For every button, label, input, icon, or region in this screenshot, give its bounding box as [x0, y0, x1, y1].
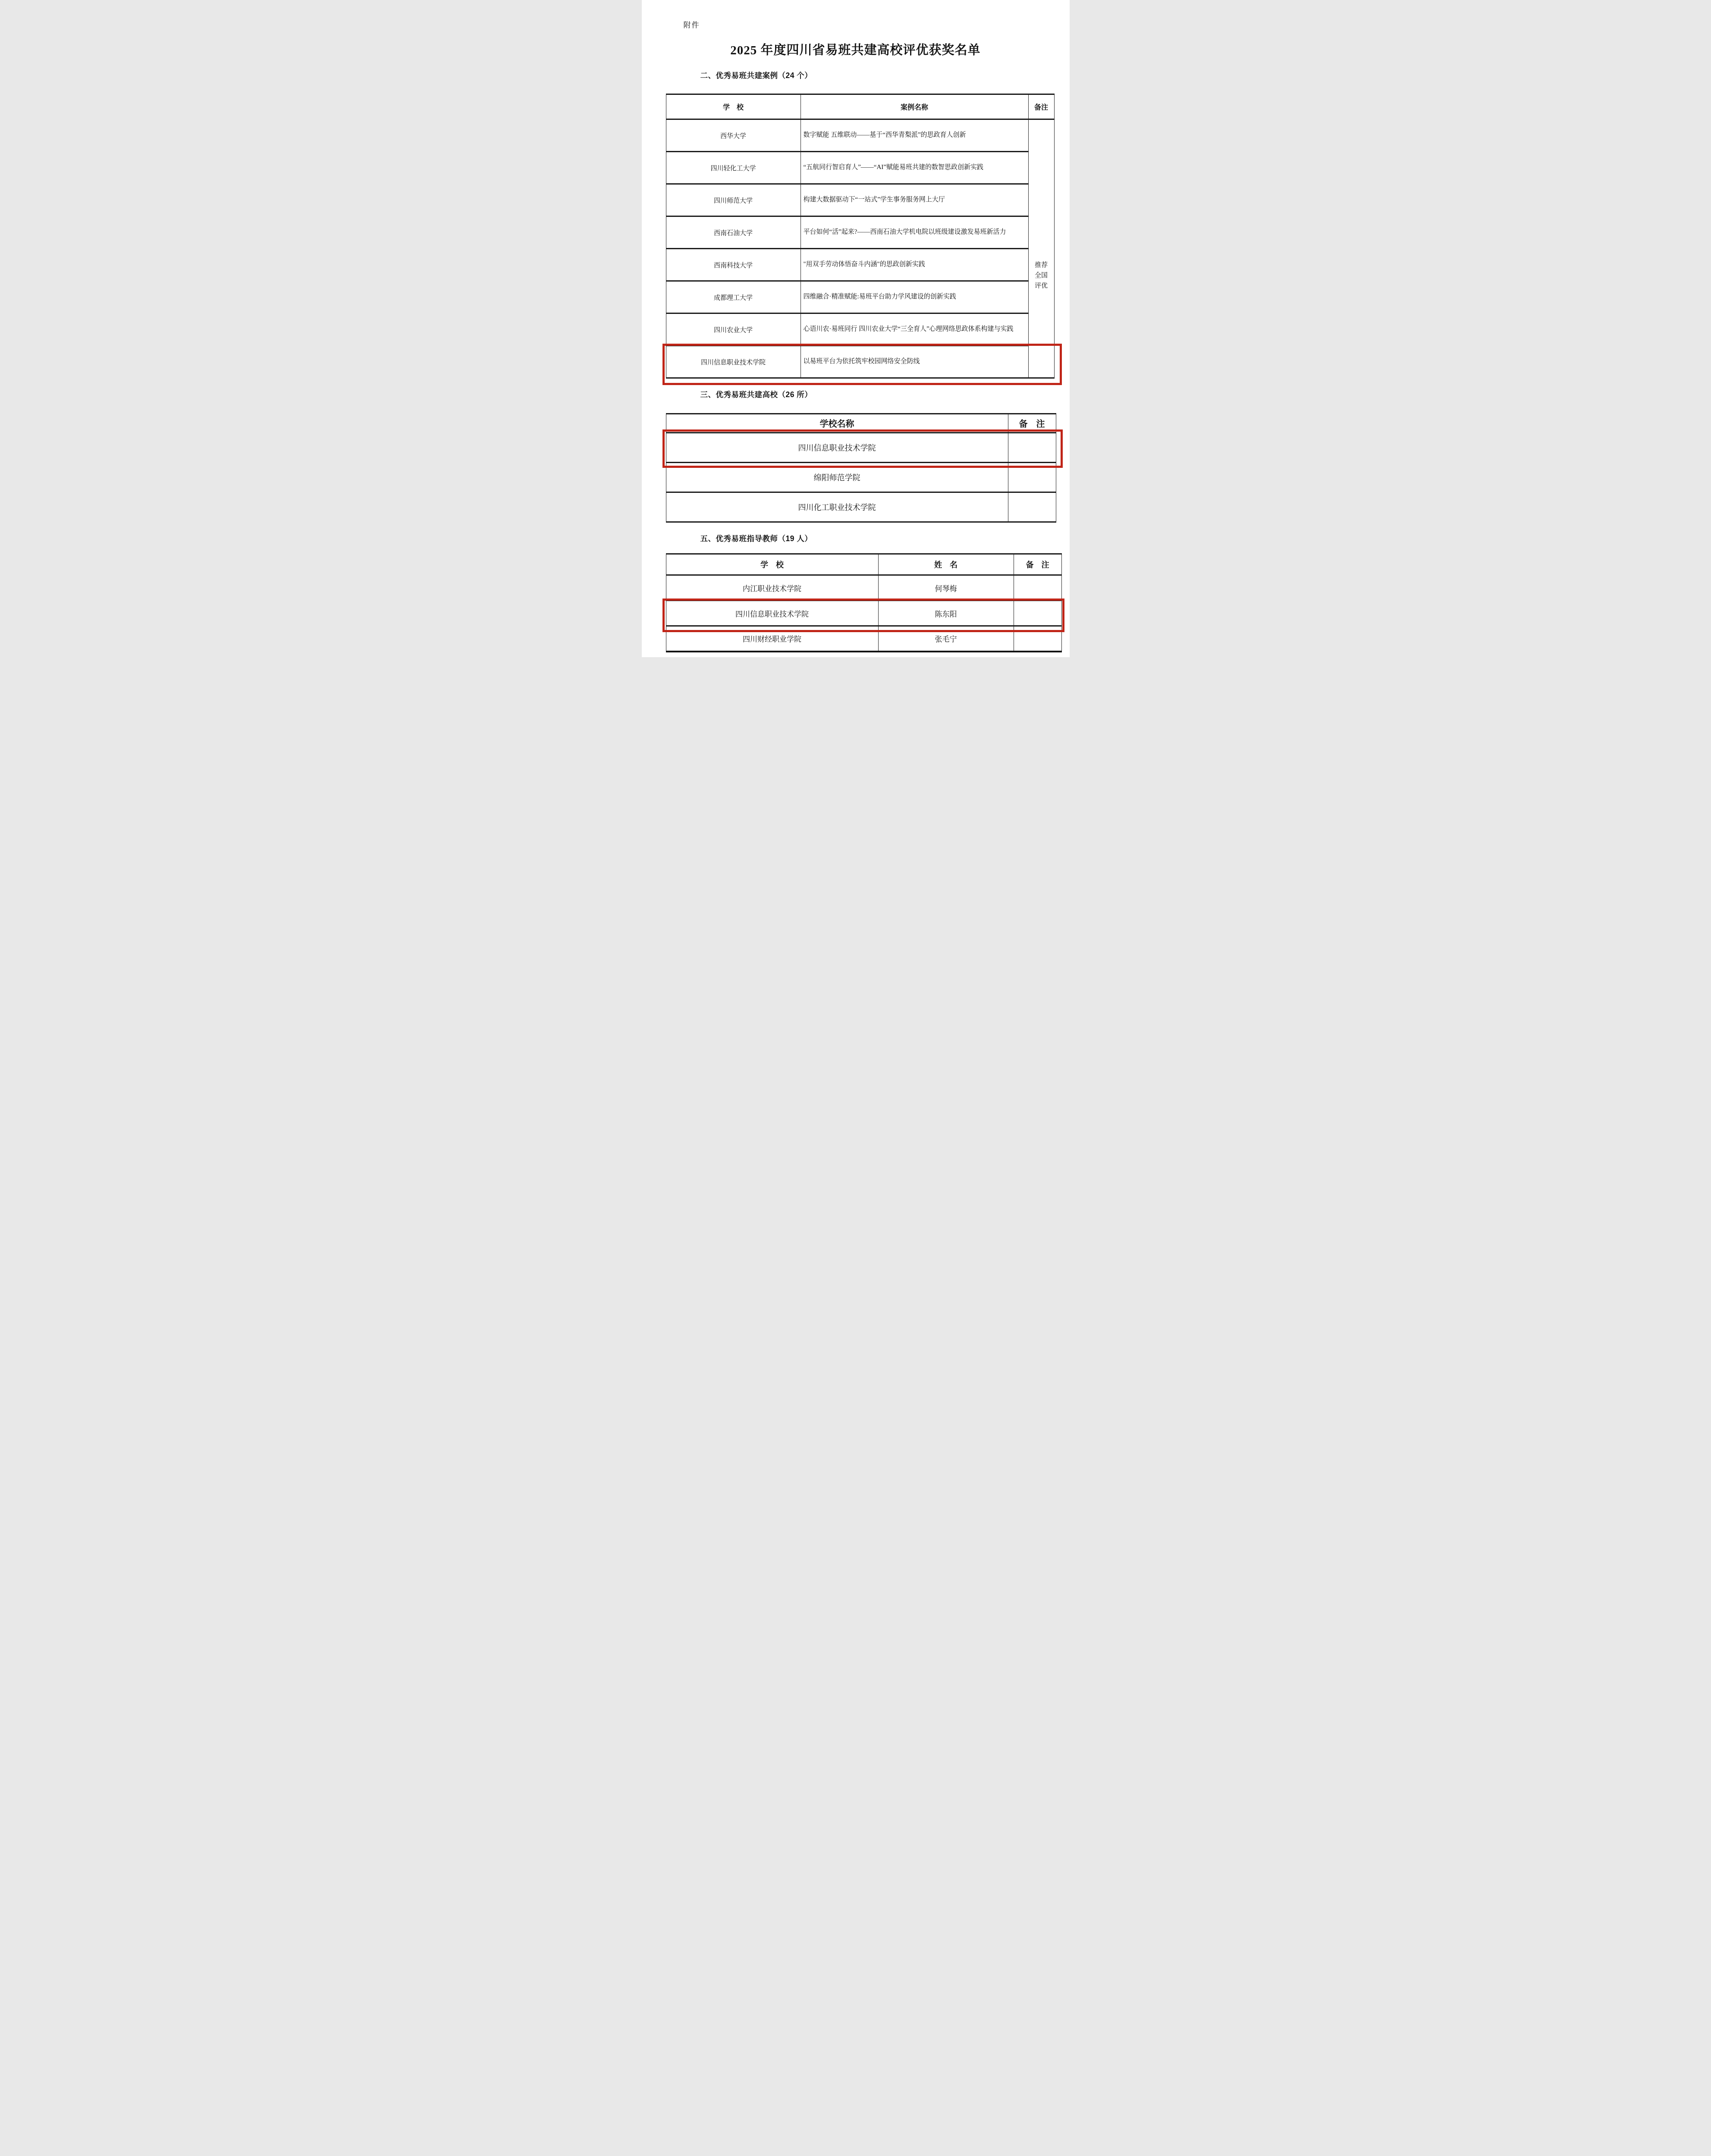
cases-table-header-row: 学 校 案例名称 备注 — [666, 94, 1054, 119]
schools-table-row-highlighted: 四川信息职业技术学院 — [666, 433, 1056, 463]
teacher-school-cell: 内江职业技术学院 — [666, 575, 878, 601]
case-school-cell: 四川轻化工大学 — [666, 152, 801, 184]
school-remark-cell — [1008, 492, 1056, 522]
cases-table-row: 四川轻化工大学“五航同行智启育人”——“AI”赋能易班共建的数智思政创新实践 — [666, 152, 1054, 184]
teacher-school-cell: 四川信息职业技术学院 — [666, 601, 878, 626]
section-heading-schools: 三、优秀易班共建高校（26 所） — [700, 389, 813, 400]
school-name-cell: 四川信息职业技术学院 — [666, 433, 1008, 463]
teachers-header-school: 学 校 — [666, 554, 878, 575]
cases-table-row: 成都理工大学四维融合·精准赋能:易班平台助力学风建设的创新实践 — [666, 281, 1054, 313]
school-name-cell: 四川化工职业技术学院 — [666, 492, 1008, 522]
case-title-cell: 数字赋能 五维联动——基于“西华青梨派”的思政育人创新 — [801, 119, 1028, 152]
case-title-cell: 平台如何“活”起来?——西南石油大学机电院以班级建设激发易班新活力 — [801, 216, 1028, 249]
case-school-cell: 四川农业大学 — [666, 313, 801, 346]
teacher-remark-cell — [1014, 626, 1061, 652]
teacher-remark-cell — [1014, 575, 1061, 601]
schools-table-header-row: 学校名称 备 注 — [666, 414, 1056, 433]
school-remark-cell — [1008, 433, 1056, 463]
document-page: 附件 2025 年度四川省易班共建高校评优获奖名单 二、优秀易班共建案例（24 … — [642, 0, 1070, 657]
teachers-table-header-row: 学 校 姓 名 备 注 — [666, 554, 1061, 575]
school-name-cell: 绵阳师范学院 — [666, 463, 1008, 492]
teacher-remark-cell — [1014, 601, 1061, 626]
case-title-cell: “五航同行智启育人”——“AI”赋能易班共建的数智思政创新实践 — [801, 152, 1028, 184]
section-heading-teachers: 五、优秀易班指导教师（19 人） — [700, 533, 813, 544]
attachment-label: 附件 — [684, 19, 700, 30]
cases-merged-remark-cell: 推荐 全国 评优 — [1028, 119, 1054, 378]
teacher-name-cell: 陈东阳 — [878, 601, 1014, 626]
cases-table-row-highlighted: 四川信息职业技术学院以易班平台为依托筑牢校园网络安全防线 — [666, 346, 1054, 378]
cases-table: 学 校 案例名称 备注 西华大学数字赋能 五维联动——基于“西华青梨派”的思政育… — [666, 94, 1055, 379]
schools-header-remark: 备 注 — [1008, 414, 1056, 433]
cases-table-row: 西华大学数字赋能 五维联动——基于“西华青梨派”的思政育人创新推荐 全国 评优 — [666, 119, 1054, 152]
cases-table-row: 四川师范大学构建大数据驱动下“一站式”学生事务服务网上大厅 — [666, 184, 1054, 216]
schools-table-row: 四川化工职业技术学院 — [666, 492, 1056, 522]
school-remark-cell — [1008, 463, 1056, 492]
case-school-cell: 西南石油大学 — [666, 216, 801, 249]
case-school-cell: 西南科技大学 — [666, 249, 801, 281]
schools-table: 学校名称 备 注 四川信息职业技术学院绵阳师范学院四川化工职业技术学院 — [666, 413, 1056, 523]
cases-table-row: 西南石油大学平台如何“活”起来?——西南石油大学机电院以班级建设激发易班新活力 — [666, 216, 1054, 249]
teacher-school-cell: 四川财经职业学院 — [666, 626, 878, 652]
teachers-table-row: 四川财经职业学院张毛宁 — [666, 626, 1061, 652]
page-title: 2025 年度四川省易班共建高校评优获奖名单 — [642, 41, 1070, 58]
case-school-cell: 四川师范大学 — [666, 184, 801, 216]
case-title-cell: 以易班平台为依托筑牢校园网络安全防线 — [801, 346, 1028, 378]
teacher-name-cell: 何琴梅 — [878, 575, 1014, 601]
case-school-cell: 西华大学 — [666, 119, 801, 152]
cases-header-school: 学 校 — [666, 94, 801, 119]
teachers-table-row: 内江职业技术学院何琴梅 — [666, 575, 1061, 601]
teacher-name-cell: 张毛宁 — [878, 626, 1014, 652]
case-school-cell: 四川信息职业技术学院 — [666, 346, 801, 378]
schools-table-row: 绵阳师范学院 — [666, 463, 1056, 492]
national-recommendation-note: 推荐 全国 评优 — [1035, 260, 1048, 291]
schools-header-name: 学校名称 — [666, 414, 1008, 433]
case-title-cell: "用双手劳动体悟奋斗内涵"的思政创新实践 — [801, 249, 1028, 281]
case-title-cell: 构建大数据驱动下“一站式”学生事务服务网上大厅 — [801, 184, 1028, 216]
case-title-cell: 心语川农·易班同行 四川农业大学“三全育人”心理网络思政体系构建与实践 — [801, 313, 1028, 346]
teachers-header-remark: 备 注 — [1014, 554, 1061, 575]
case-school-cell: 成都理工大学 — [666, 281, 801, 313]
section-heading-cases: 二、优秀易班共建案例（24 个） — [700, 70, 813, 81]
case-title-cell: 四维融合·精准赋能:易班平台助力学风建设的创新实践 — [801, 281, 1028, 313]
teachers-table-row-highlighted: 四川信息职业技术学院陈东阳 — [666, 601, 1061, 626]
cases-header-remark: 备注 — [1028, 94, 1054, 119]
cases-table-row: 西南科技大学"用双手劳动体悟奋斗内涵"的思政创新实践 — [666, 249, 1054, 281]
cases-table-row: 四川农业大学心语川农·易班同行 四川农业大学“三全育人”心理网络思政体系构建与实… — [666, 313, 1054, 346]
teachers-header-name: 姓 名 — [878, 554, 1014, 575]
teachers-table: 学 校 姓 名 备 注 内江职业技术学院何琴梅四川信息职业技术学院陈东阳四川财经… — [666, 553, 1062, 652]
cases-header-case: 案例名称 — [801, 94, 1028, 119]
